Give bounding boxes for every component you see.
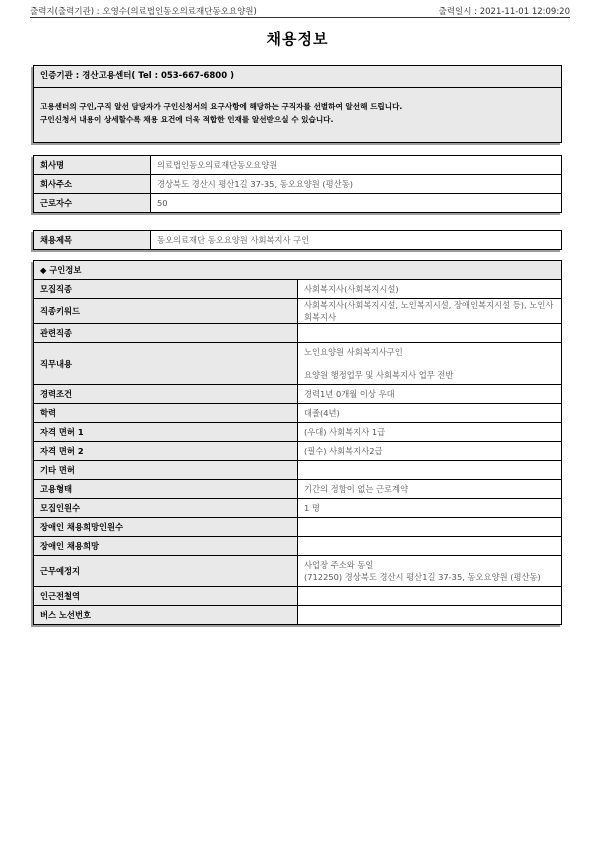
table-row: 근로자수 50 xyxy=(34,194,561,213)
table-row: 근무예정지 사업장 주소와 동일 (712250) 경상북도 경산시 평산1길 … xyxy=(34,556,561,587)
job-category-label: 모집직종 xyxy=(34,280,298,299)
company-table: 회사명 의료법인동오의료재단동오요양원 회사주소 경상북도 경산시 평산1길 3… xyxy=(33,155,562,213)
job-duties-line-2: 요양원 행정업무 및 사회복지사 업무 전반 xyxy=(304,369,555,381)
posting-title-label: 채용제목 xyxy=(34,231,151,249)
table-row: 인근전철역 xyxy=(34,587,561,606)
nearby-station-value xyxy=(298,587,562,606)
page-title: 채용정보 xyxy=(0,28,595,49)
other-license-value xyxy=(298,461,562,480)
output-location: 출력지(출력기관) : 오영수(의료법인동오의료재단동오요양원) xyxy=(30,5,257,17)
table-row: 회사주소 경상북도 경산시 평산1길 37-35, 동오요양원 (평산동) xyxy=(34,175,561,194)
employment-type-value: 기간의 정함이 없는 근로계약 xyxy=(298,480,562,499)
table-row: 기타 면허 xyxy=(34,461,561,480)
job-keyword-label: 직종키워드 xyxy=(34,299,298,324)
company-name-label: 회사명 xyxy=(34,156,151,175)
bus-route-label: 버스 노선번호 xyxy=(34,606,298,625)
work-location-line-1: 사업장 주소와 동일 xyxy=(304,559,555,571)
notice-body: 고용센터의 구인,구직 알선 담당자가 구인신청서의 요구사항에 해당하는 구직… xyxy=(34,88,561,126)
section-header-row: ◆ 구인정보 xyxy=(34,261,561,280)
nearby-station-label: 인근전철역 xyxy=(34,587,298,606)
headcount-value: 1 명 xyxy=(298,499,562,518)
table-row: 직종키워드 사회복지사(사회복지시설, 노인복지시설, 장애인복지시설 등), … xyxy=(34,299,561,324)
employment-type-label: 고용형태 xyxy=(34,480,298,499)
table-row: 모집인원수 1 명 xyxy=(34,499,561,518)
employee-count-value: 50 xyxy=(151,194,562,213)
education-value: 대졸(4년) xyxy=(298,404,562,423)
notice-box: 인증기관 : 경산고용센터( Tel : 053-667-6800 ) 고용센터… xyxy=(33,65,562,143)
job-duties-value: 노인요양원 사회복지사구인 요양원 행정업무 및 사회복지사 업무 전반 xyxy=(298,343,562,385)
table-row: 채용제목 동오의료재단 동오요양원 사회복지사 구인 xyxy=(34,231,561,249)
job-info-table: ◆ 구인정보 모집직종 사회복지사(사회복지시설) 직종키워드 사회복지사(사회… xyxy=(33,260,562,625)
posting-title-table: 채용제목 동오의료재단 동오요양원 사회복지사 구인 xyxy=(33,230,562,250)
table-row: 버스 노선번호 xyxy=(34,606,561,625)
table-row: 경력조건 경력1년 0개월 이상 우대 xyxy=(34,385,561,404)
license-2-value: (필수) 사회복지사2급 xyxy=(298,442,562,461)
work-location-value: 사업장 주소와 동일 (712250) 경상북도 경산시 평산1길 37-35,… xyxy=(298,556,562,587)
table-row: 장애인 채용희망인원수 xyxy=(34,518,561,537)
job-info-section-title: ◆ 구인정보 xyxy=(34,261,561,280)
posting-title-value: 동오의료재단 동오요양원 사회복지사 구인 xyxy=(151,231,562,249)
table-row: 자격 면허 1 (우대) 사회복지사 1급 xyxy=(34,423,561,442)
license-1-value: (우대) 사회복지사 1급 xyxy=(298,423,562,442)
job-duties-line-1: 노인요양원 사회복지사구인 xyxy=(304,346,555,358)
work-location-label: 근무예정지 xyxy=(34,556,298,587)
table-row: 고용형태 기간의 정함이 없는 근로계약 xyxy=(34,480,561,499)
table-row: 학력 대졸(4년) xyxy=(34,404,561,423)
job-duties-label: 직무내용 xyxy=(34,343,298,385)
related-job-label: 관련직종 xyxy=(34,324,298,343)
table-row: 자격 면허 2 (필수) 사회복지사2급 xyxy=(34,442,561,461)
disabled-hire-wish-value xyxy=(298,537,562,556)
company-address-value: 경상북도 경산시 평산1길 37-35, 동오요양원 (평산동) xyxy=(151,175,562,194)
table-row: 직무내용 노인요양원 사회복지사구인 요양원 행정업무 및 사회복지사 업무 전… xyxy=(34,343,561,385)
disabled-hire-count-value xyxy=(298,518,562,537)
headcount-label: 모집인원수 xyxy=(34,499,298,518)
license-1-label: 자격 면허 1 xyxy=(34,423,298,442)
employee-count-label: 근로자수 xyxy=(34,194,151,213)
company-address-label: 회사주소 xyxy=(34,175,151,194)
related-job-value xyxy=(298,324,562,343)
certifying-agency: 인증기관 : 경산고용센터( Tel : 053-667-6800 ) xyxy=(34,66,561,88)
table-row: 관련직종 xyxy=(34,324,561,343)
education-label: 학력 xyxy=(34,404,298,423)
experience-label: 경력조건 xyxy=(34,385,298,404)
disabled-hire-wish-label: 장애인 채용희망 xyxy=(34,537,298,556)
notice-line-2: 구인신청서 내용이 상세할수록 채용 요건에 더욱 적합한 인재를 알선받으실 … xyxy=(40,113,555,126)
output-datetime: 출력일시 : 2021-11-01 12:09:20 xyxy=(439,5,570,17)
notice-line-1: 고용센터의 구인,구직 알선 담당자가 구인신청서의 요구사항에 해당하는 구직… xyxy=(40,100,555,113)
table-row: 장애인 채용희망 xyxy=(34,537,561,556)
experience-value: 경력1년 0개월 이상 우대 xyxy=(298,385,562,404)
other-license-label: 기타 면허 xyxy=(34,461,298,480)
table-row: 회사명 의료법인동오의료재단동오요양원 xyxy=(34,156,561,175)
job-keyword-value: 사회복지사(사회복지시설, 노인복지시설, 장애인복지시설 등), 노인사회복지… xyxy=(298,299,562,324)
table-row: 모집직종 사회복지사(사회복지시설) xyxy=(34,280,561,299)
work-location-line-2: (712250) 경상북도 경산시 평산1길 37-35, 동오요양원 (평산동… xyxy=(304,571,555,583)
company-name-value: 의료법인동오의료재단동오요양원 xyxy=(151,156,562,175)
print-header: 출력지(출력기관) : 오영수(의료법인동오의료재단동오요양원) 출력일시 : … xyxy=(30,4,570,18)
disabled-hire-count-label: 장애인 채용희망인원수 xyxy=(34,518,298,537)
license-2-label: 자격 면허 2 xyxy=(34,442,298,461)
job-category-value: 사회복지사(사회복지시설) xyxy=(298,280,562,299)
bus-route-value xyxy=(298,606,562,625)
